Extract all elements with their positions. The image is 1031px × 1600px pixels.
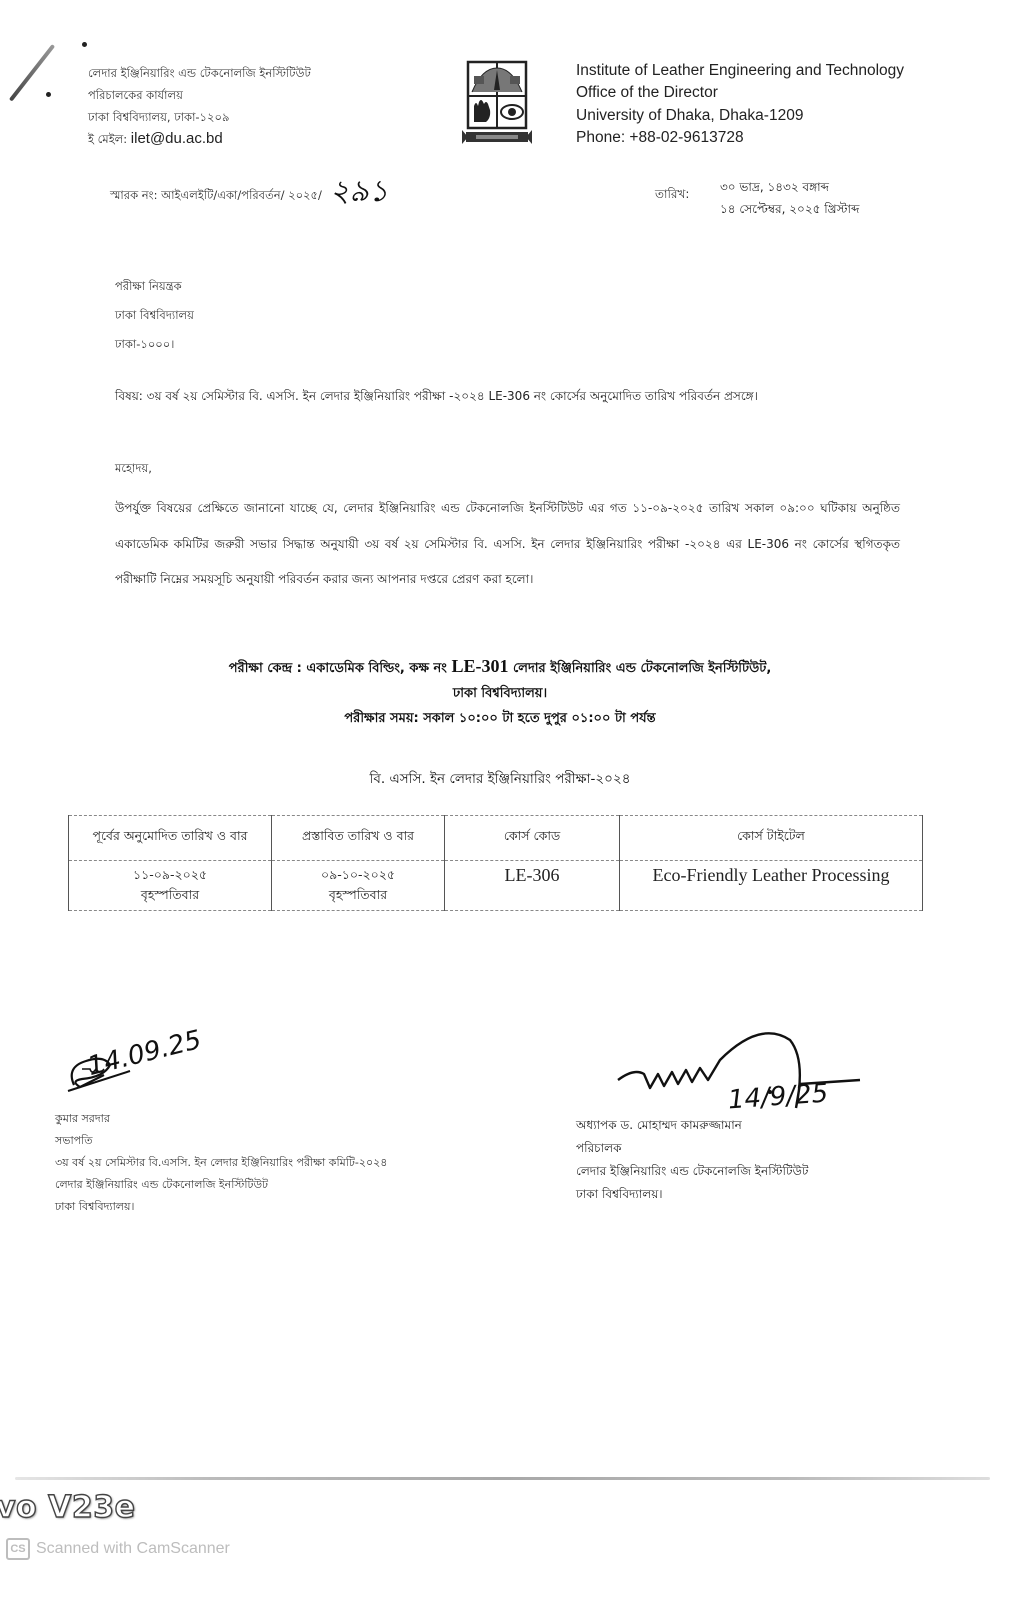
date-bangla: ৩০ ভাদ্র, ১৪৩২ বঙ্গাব্দ [720,176,859,198]
right-signatory-name: অধ্যাপক ড. মোহাম্মদ কামরুজ্জামান [576,1114,808,1137]
exam-centre-university: ঢাকা বিশ্ববিদ্যালয়। [150,681,850,706]
right-signatory-institute: লেদার ইঞ্জিনিয়ারিং এন্ড টেকনোলজি ইনস্টি… [576,1160,808,1183]
office-name-en: Office of the Director [576,82,904,104]
subject-line: বিষয়: ৩য় বর্ষ ২য় সেমিস্টার বি. এসসি. … [115,384,885,408]
exam-time: পরীক্ষার সময়: সকাল ১০:০০ টা হতে দুপুর ০… [150,706,850,731]
left-signatory-university: ঢাকা বিশ্ববিদ্যালয়। [55,1196,387,1218]
phone-en: Phone: +88-02-9613728 [576,127,904,149]
address-en: University of Dhaka, Dhaka-1209 [576,105,904,127]
left-signatory-institute: লেদার ইঞ্জিনিয়ারিং এন্ড টেকনোলজি ইনস্টি… [55,1174,387,1196]
header-proposed-date: প্রস্তাবিত তারিখ ও বার [272,816,445,861]
cell-course-title: Eco-Friendly Leather Processing [620,861,923,911]
schedule-table: পূর্বের অনুমোদিত তারিখ ও বার প্রস্তাবিত … [68,815,923,911]
left-signatory-role: সভাপতি [55,1130,387,1152]
address-bn: ঢাকা বিশ্ববিদ্যালয়, ঢাকা-১২০৯ [88,106,311,128]
office-name-bn: পরিচালকের কার্যালয় [88,84,311,106]
cell-previous-date: ১১-০৯-২০২৫ বৃহস্পতিবার [69,861,272,911]
left-signatory-name: কুমার সরদার [55,1108,387,1130]
date-gregorian: ১৪ সেপ্টেম্বর, ২০২৫ খ্রিস্টাব্দ [720,198,859,220]
email-label: ই মেইল: [88,132,127,146]
ink-dot [46,92,51,97]
exam-room: LE-301 [451,656,508,676]
addressee-org: ঢাকা বিশ্ববিদ্যালয় [115,301,194,330]
email-line: ই মেইল: ilet@du.ac.bd [88,128,311,150]
exam-centre-prefix: পরীক্ষা কেন্দ্র : একাডেমিক বিল্ডিং, কক্ষ… [229,661,447,676]
body-paragraph: উপর্যুক্ত বিষয়ের প্রেক্ষিতে জানানো যাচ্… [115,491,900,598]
scan-edge-line [15,1477,990,1480]
left-signatory-committee: ৩য় বর্ষ ২য় সেমিস্টার বি.এসসি. ইন লেদার… [55,1152,387,1174]
header-course-code: কোর্স কোড [445,816,620,861]
reference-number: স্মারক নং: আইএলইটি/একা/পরিবর্তন/ ২০২৫/ ২… [110,178,388,206]
exam-centre-suffix: লেদার ইঞ্জিনিয়ারিং এন্ড টেকনোলজি ইনস্টি… [513,661,771,676]
institute-name-bn: লেদার ইঞ্জিনিয়ারিং এন্ড টেকনোলজি ইনস্টি… [88,62,311,84]
institute-name-en: Institute of Leather Engineering and Tec… [576,60,904,82]
ink-dot [82,42,87,47]
reference-text: স্মারক নং: আইএলইটি/একা/পরিবর্তন/ ২০২৫/ [110,187,322,206]
exam-centre-block: পরীক্ষা কেন্দ্র : একাডেমিক বিল্ডিং, কক্ষ… [150,654,850,731]
salutation: মহোদয়, [115,460,152,479]
previous-day: বৃহস্পতিবার [70,885,270,905]
proposed-day: বৃহস্পতিবার [273,885,443,905]
letterhead-english: Institute of Leather Engineering and Tec… [576,60,904,149]
exam-centre-line: পরীক্ষা কেন্দ্র : একাডেমিক বিল্ডিং, কক্ষ… [150,654,850,681]
proposed-date: ০৯-১০-২০২৫ [273,865,443,885]
device-watermark: vo V23e [0,1490,135,1525]
right-signatory-block: অধ্যাপক ড. মোহাম্মদ কামরুজ্জামান পরিচালক… [576,1114,808,1206]
email-address[interactable]: ilet@du.ac.bd [131,130,223,147]
addressee-block: পরীক্ষা নিয়ন্ত্রক ঢাকা বিশ্ববিদ্যালয় ঢ… [115,272,194,359]
date-values: ৩০ ভাদ্র, ১৪৩২ বঙ্গাব্দ ১৪ সেপ্টেম্বর, ২… [720,176,859,220]
letterhead-bangla: লেদার ইঞ্জিনিয়ারিং এন্ড টেকনোলজি ইনস্টি… [88,62,311,150]
header-course-title: কোর্স টাইটেল [620,816,923,861]
right-signatory-role: পরিচালক [576,1137,808,1160]
left-signatory-block: কুমার সরদার সভাপতি ৩য় বর্ষ ২য় সেমিস্টা… [55,1108,387,1218]
table-header-row: পূর্বের অনুমোদিত তারিখ ও বার প্রস্তাবিত … [69,816,923,861]
camscanner-text: Scanned with CamScanner [36,1540,230,1558]
table-row: ১১-০৯-২০২৫ বৃহস্পতিবার ০৯-১০-২০২৫ বৃহস্প… [69,861,923,911]
camscanner-footer: CS Scanned with CamScanner [6,1538,230,1560]
addressee-city: ঢাকা-১০০০। [115,330,194,359]
camscanner-logo-icon: CS [6,1538,30,1560]
date-label: তারিখ: [655,186,689,206]
right-signatory-university: ঢাকা বিশ্ববিদ্যালয়। [576,1183,808,1206]
header-previous-date: পূর্বের অনুমোদিত তারিখ ও বার [69,816,272,861]
schedule-title: বি. এসসি. ইন লেদার ইঞ্জিনিয়ারিং পরীক্ষা… [150,768,850,791]
university-crest-icon [462,60,532,146]
cell-course-code: LE-306 [445,861,620,911]
cell-proposed-date: ০৯-১০-২০২৫ বৃহস্পতিবার [272,861,445,911]
previous-date: ১১-০৯-২০২৫ [70,865,270,885]
addressee-title: পরীক্ষা নিয়ন্ত্রক [115,272,194,301]
handwritten-reference-number: ২৯১ [330,178,388,206]
